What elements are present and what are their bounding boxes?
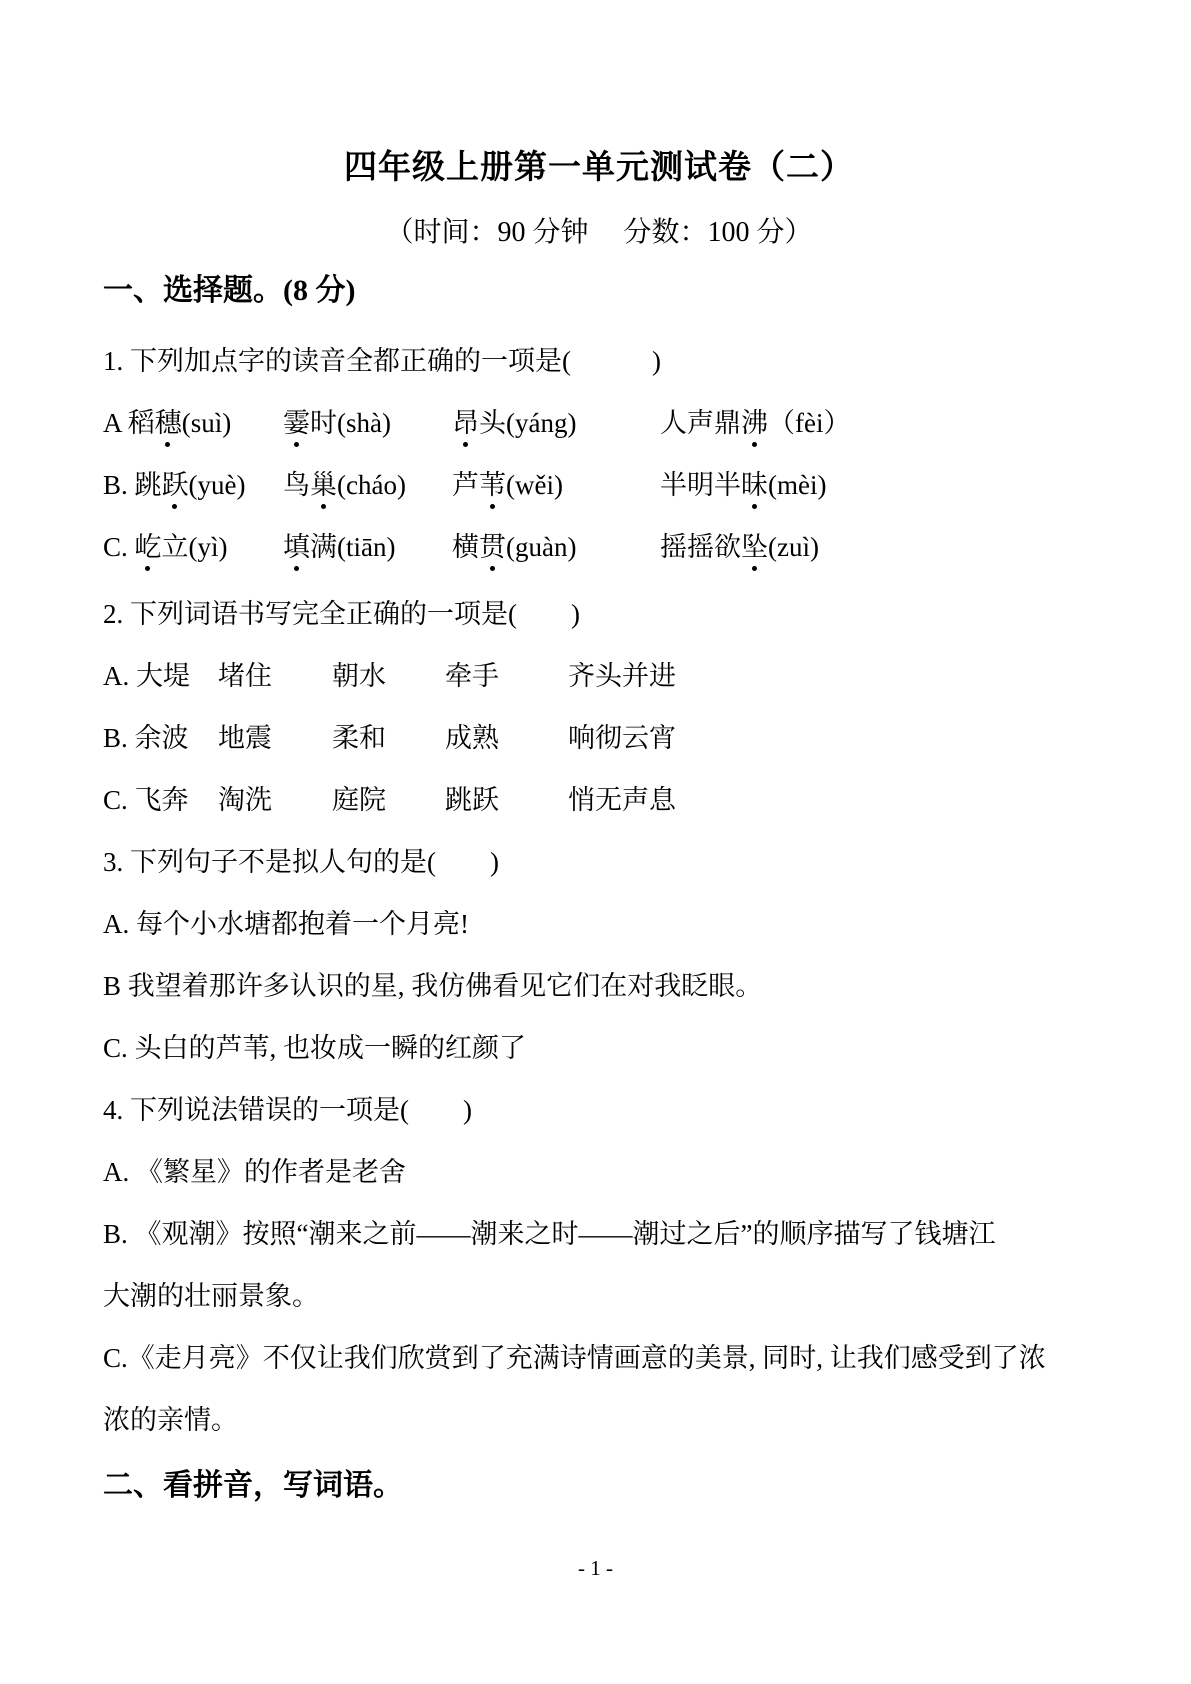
option-word: C. 飞奔 (103, 769, 218, 831)
question-3-option-c: C. 头白的芦苇, 也妆成一瞬的红颜了 (103, 1017, 1095, 1079)
option-word: C. 屹立(yì) (103, 516, 283, 578)
option-word: 淘洗 (218, 769, 332, 831)
question-1-option-c: C. 屹立(yì)填满(tiān)横贯(guàn)摇摇欲坠(zuì) (103, 516, 1095, 578)
option-word: 半明半昧(mèi) (660, 454, 826, 516)
emphasis-dotted-char: 昂 (452, 408, 479, 438)
option-word: 朝水 (332, 645, 445, 707)
exam-page: 四年级上册第一单元测试卷（二） （时间：90 分钟 分数：100 分） 一、选择… (0, 0, 1191, 1517)
emphasis-dotted-char: 填 (283, 532, 310, 562)
question-2-option-c: C. 飞奔淘洗庭院跳跃悄无声息 (103, 769, 1095, 831)
question-3-option-a: A. 每个小水塘都抱着一个月亮! (103, 893, 1095, 955)
page-subtitle: （时间：90 分钟 分数：100 分） (103, 214, 1095, 252)
page-title: 四年级上册第一单元测试卷（二） (103, 0, 1095, 190)
option-word: 鸟巢(cháo) (283, 454, 452, 516)
option-word: 响彻云宵 (568, 707, 676, 769)
option-word: A. 大堤 (103, 645, 218, 707)
option-word: 昂头(yáng) (452, 392, 660, 454)
option-word: 摇摇欲坠(zuì) (660, 516, 819, 578)
emphasis-dotted-char: 苇 (479, 470, 506, 500)
option-word: A 稻穗(suì) (103, 392, 283, 454)
emphasis-dotted-char: 巢 (310, 470, 337, 500)
emphasis-dotted-char: 穗 (155, 408, 182, 438)
question-4-option-a: A. 《繁星》的作者是老舍 (103, 1141, 1095, 1203)
option-word: 芦苇(wěi) (452, 454, 660, 516)
question-1-stem: 1. 下列加点字的读音全都正确的一项是( ) (103, 330, 1095, 392)
question-1-option-b: B. 跳跃(yuè)鸟巢(cháo)芦苇(wěi)半明半昧(mèi) (103, 454, 1095, 516)
option-word: 人声鼎沸（fèi） (660, 392, 850, 454)
question-4-option-c-line2: 浓的亲情。 (103, 1389, 1095, 1451)
option-word: 柔和 (332, 707, 445, 769)
option-word: 霎时(shà) (283, 392, 452, 454)
question-1-option-a: A 稻穗(suì)霎时(shà)昂头(yáng)人声鼎沸（fèi） (103, 392, 1095, 454)
option-word: 横贯(guàn) (452, 516, 660, 578)
option-word: 庭院 (332, 769, 445, 831)
question-2-stem: 2. 下列词语书写完全正确的一项是( ) (103, 583, 1095, 645)
question-2-option-b: B. 余波地震柔和成熟响彻云宵 (103, 707, 1095, 769)
option-word: 齐头并进 (568, 645, 676, 707)
question-4-stem: 4. 下列说法错误的一项是( ) (103, 1079, 1095, 1141)
emphasis-dotted-char: 跃 (162, 470, 189, 500)
emphasis-dotted-char: 沸 (741, 408, 768, 438)
question-3-option-b: B 我望着那许多认识的星, 我仿佛看见它们在对我眨眼。 (103, 955, 1095, 1017)
question-4-option-b-line2: 大潮的壮丽景象。 (103, 1265, 1095, 1327)
option-word: 牵手 (445, 645, 568, 707)
page-number: - 1 - (0, 1556, 1191, 1581)
option-word: 悄无声息 (568, 769, 676, 831)
emphasis-dotted-char: 昧 (741, 470, 768, 500)
option-word: 成熟 (445, 707, 568, 769)
question-3-stem: 3. 下列句子不是拟人句的是( ) (103, 831, 1095, 893)
emphasis-dotted-char: 屹 (135, 532, 162, 562)
option-word: B. 跳跃(yuè) (103, 454, 283, 516)
option-word: 填满(tiān) (283, 516, 452, 578)
emphasis-dotted-char: 贯 (479, 532, 506, 562)
option-word: B. 余波 (103, 707, 218, 769)
question-4-option-c-line1: C.《走月亮》不仅让我们欣赏到了充满诗情画意的美景, 同时, 让我们感受到了浓 (103, 1327, 1095, 1389)
section-2-heading: 二、看拼音，写词语。 (103, 1455, 1095, 1517)
section-1-heading: 一、选择题。(8 分) (103, 260, 1095, 322)
emphasis-dotted-char: 霎 (283, 408, 310, 438)
question-2-option-a: A. 大堤堵住朝水牵手齐头并进 (103, 645, 1095, 707)
emphasis-dotted-char: 坠 (741, 532, 768, 562)
option-word: 跳跃 (445, 769, 568, 831)
question-4-option-b-line1: B. 《观潮》按照“潮来之前——潮来之时——潮过之后”的顺序描写了钱塘江 (103, 1203, 1095, 1265)
option-word: 堵住 (218, 645, 332, 707)
option-word: 地震 (218, 707, 332, 769)
